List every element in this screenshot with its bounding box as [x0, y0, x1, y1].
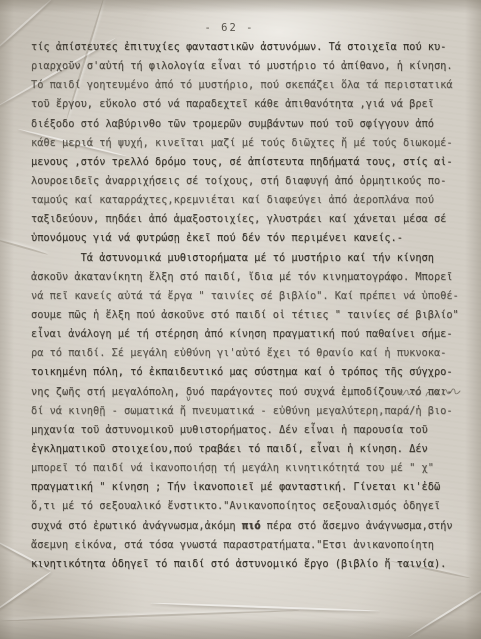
text-line: νης ζωῆς στή μεγαλόπολη, δυό παράγοντες … — [31, 383, 471, 402]
text-line: ἀσκοῦν ἀκατανίκητη ἕλξη στό παιδί, ἴδια … — [31, 268, 471, 287]
scanned-document: - 62 - τίς ἀπίστευτες ἐπιτυχίες φανταστι… — [0, 0, 481, 639]
text-line: σουμε πῶς ἡ ἕλξη πού ἀσκοῦνε στό παιδί ο… — [31, 306, 471, 325]
text-line: μπορεῖ τό παιδί νά ἱκανοποιήσῃ τή μεγάλη… — [31, 459, 471, 478]
paragraph: τίς ἀπίστευτες ἐπιτυχίες φανταστικῶν ἀστ… — [31, 38, 471, 249]
text-line: διέξοδο στό λαβύρινθο τῶν τρομερῶν συμβά… — [31, 115, 471, 134]
page-number: - 62 - — [0, 22, 470, 34]
text-line: μενους ,στόν τρελλό δρόμο τους, σέ ἀπίστ… — [31, 153, 471, 172]
text-line: ρα τό παιδί. Σέ μεγάλη εὐθύνη γι'αὐτό ἔχ… — [31, 344, 471, 363]
text-line: δί νά κινηθῇ - σωματικά ἤ πνευματικά - ε… — [31, 402, 471, 421]
text-line: τίς ἀπίστευτες ἐπιτυχίες φανταστικῶν ἀστ… — [31, 38, 471, 57]
text-line: λουροειδεῖς ἀναρριχήσεις σέ τοίχους, στή… — [31, 172, 471, 191]
text-line: συχνά στό ἐρωτικό ἀνάγνωσμα,ἀκόμη πιό πέ… — [31, 517, 471, 536]
text-line: ἐγκληματικοῦ στοιχείου,πού τραβάει τό πα… — [31, 440, 471, 459]
text-line: Τά ἀστυνομικά μυθιστορήματα μέ τό μυστήρ… — [31, 249, 471, 268]
text-line: ἄσεμνη εἰκόνα, στά τόσα γνωστά παραστρατ… — [31, 536, 471, 555]
paper-crease — [150, 602, 380, 612]
typewritten-text: τίς ἀπίστευτες ἐπιτυχίες φανταστικῶν ἀστ… — [31, 38, 471, 574]
handwritten-correction: ν — [186, 394, 191, 403]
text-line: μηχανία τοῦ ἀστυνομικοῦ μυθιστορήματος. … — [31, 421, 471, 440]
paper-crease — [0, 571, 52, 614]
text-line: τοικημένη πόλη, τό ἐκπαιδευτικό μας σύστ… — [31, 363, 471, 382]
text-line: ὅ,τι μέ τό σεξουαλικό ἔνστικτο."Ανικανοπ… — [31, 497, 471, 516]
text-line: νά πεῖ κανείς αὐτά τά ἔργα " ταινίες σέ … — [31, 287, 471, 306]
paper-crease — [0, 610, 300, 622]
text-line: κινητικότητα ὁδηγεῖ τό παιδί στό ἀστυνομ… — [31, 555, 471, 574]
text-line: ταξιδεύουν, πηδάει ἀπό ἁμαξοστοιχίες, γλ… — [31, 210, 471, 229]
paper-crease — [407, 578, 481, 638]
text-line: εἶναι ἀνάλογη μέ τή στέρηση ἀπό κίνηση π… — [31, 325, 471, 344]
text-line: ταμούς καί καταρράχτες,κρεμνιέται καί δι… — [31, 191, 471, 210]
paragraph: Τά ἀστυνομικά μυθιστορήματα μέ τό μυστήρ… — [31, 249, 471, 574]
text-line: ὑπονόμους γιά νά φυτρώσῃ ἐκεῖ πού δέν τό… — [31, 229, 471, 248]
text-line: Τό παιδί γοητευμένο ἀπό τό μυστήριο, πού… — [31, 76, 471, 95]
text-line: ριαρχοῦν σ'αὐτή τή φιλολογία εἶναι τό μυ… — [31, 57, 471, 76]
text-line: κάθε μεριά τή ψυχή, κινεῖται μαζί μέ τού… — [31, 134, 471, 153]
document-page: - 62 - τίς ἀπίστευτες ἐπιτυχίες φανταστι… — [0, 0, 481, 639]
text-line: τοῦ ἔργου, εὔκολο στό νά παραδεχτεῖ κάθε… — [31, 95, 471, 114]
text-line: πραγματική " κίνηση ; Τήν ἱκανοποιεῖ μέ … — [31, 478, 471, 497]
